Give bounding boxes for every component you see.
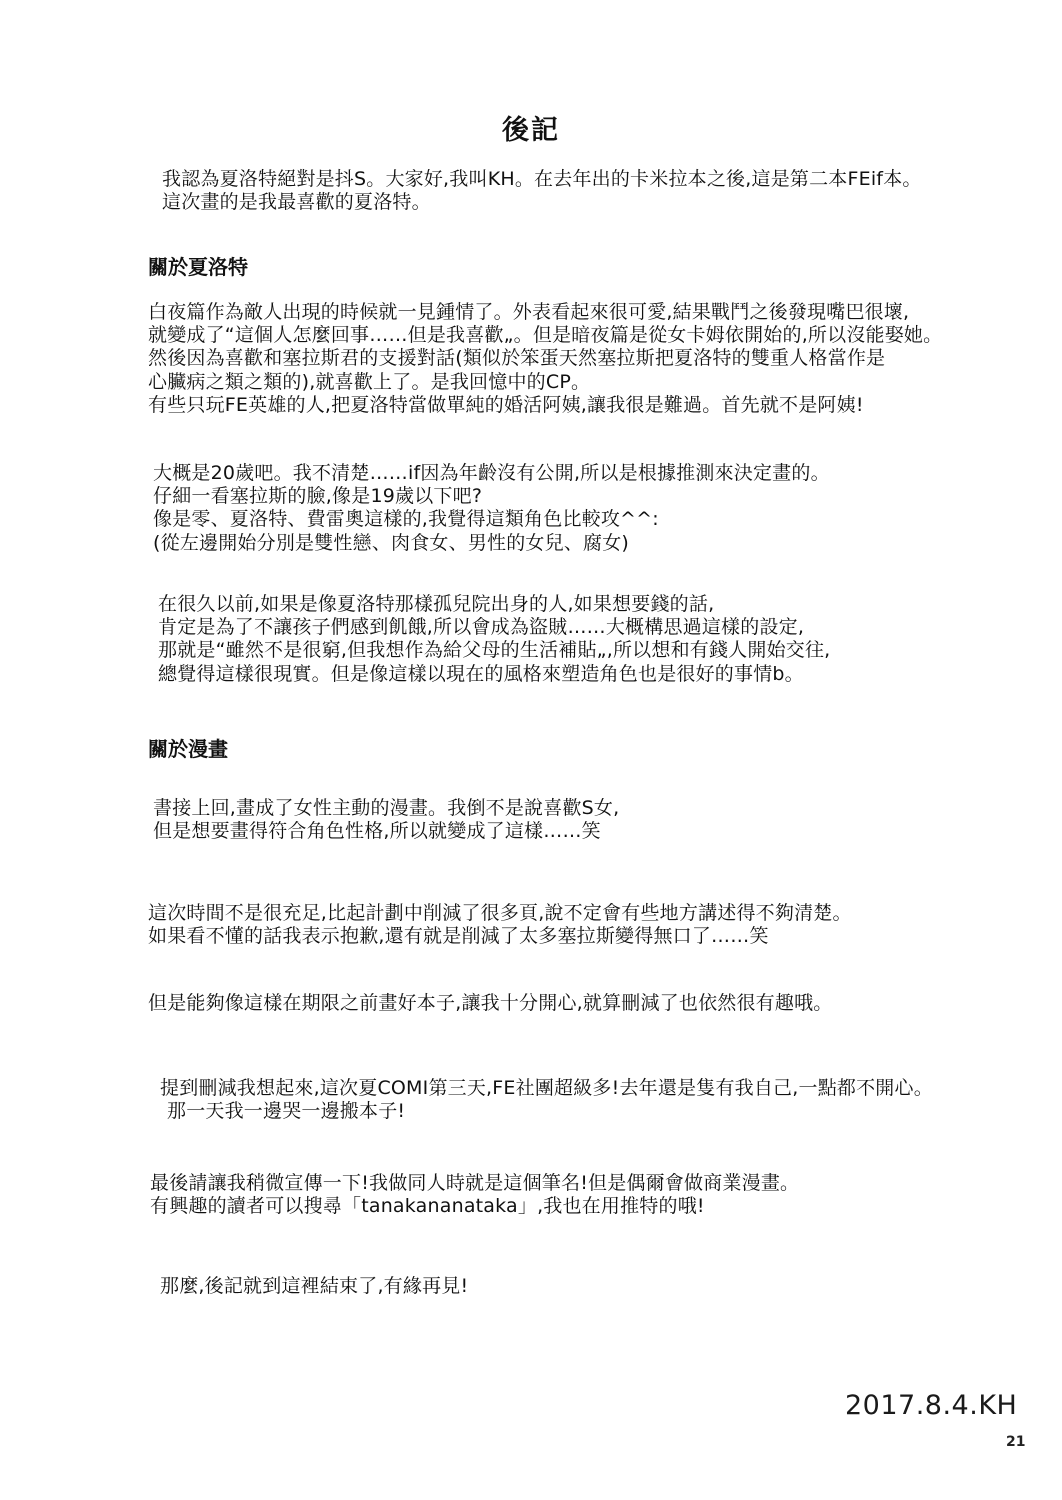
text-line: 但是想要畫得符合角色性格,所以就變成了這樣……笑 [153, 820, 619, 843]
charlotte-paragraph-3: 在很久以前,如果是像夏洛特那樣孤兒院出身的人,如果想要錢的話, 肯定是為了不讓孩… [158, 593, 830, 686]
text-line: 白夜篇作為敵人出現的時候就一見鍾情了。外表看起來很可愛,結果戰鬥之後發現嘴巴很壞… [148, 301, 942, 324]
charlotte-paragraph-2: 大概是20歲吧。我不清楚……if因為年齡沒有公開,所以是根據推測來決定畫的。 仔… [153, 462, 830, 555]
text-line: 書接上回,畫成了女性主動的漫畫。我倒不是說喜歡S女, [153, 797, 619, 820]
text-line: 這次時間不是很充足,比起計劃中削減了很多頁,說不定會有些地方講述得不夠清楚。 [148, 902, 852, 925]
text-line: (從左邊開始分別是雙性戀、肉食女、男性的女兒、腐女) [153, 532, 830, 555]
text-line: 然後因為喜歡和塞拉斯君的支援對話(類似於笨蛋天然塞拉斯把夏洛特的雙重人格當作是 [148, 347, 942, 370]
charlotte-paragraph-1: 白夜篇作為敵人出現的時候就一見鍾情了。外表看起來很可愛,結果戰鬥之後發現嘴巴很壞… [148, 301, 942, 417]
signature-date: 2017.8.4.KH [845, 1390, 1017, 1421]
text-line: 這次畫的是我最喜歡的夏洛特。 [162, 191, 922, 214]
text-line: 肯定是為了不讓孩子們感到飢餓,所以會成為盜賊……大概構思過這樣的設定, [158, 616, 830, 639]
text-line: 有興趣的讀者可以搜尋「tanakananataka」,我也在用推特的哦! [150, 1195, 799, 1218]
text-line: 我認為夏洛特絕對是抖S。大家好,我叫KH。在去年出的卡米拉本之後,這是第二本FE… [162, 168, 922, 191]
section-heading-about-charlotte: 關於夏洛特 [148, 256, 248, 279]
manga-paragraph-1: 書接上回,畫成了女性主動的漫畫。我倒不是說喜歡S女, 但是想要畫得符合角色性格,… [153, 797, 619, 843]
text-line: 提到刪減我想起來,這次夏COMI第三天,FE社團超級多!去年還是隻有我自己,一點… [160, 1077, 933, 1100]
intro-paragraph: 我認為夏洛特絕對是抖S。大家好,我叫KH。在去年出的卡米拉本之後,這是第二本FE… [162, 168, 922, 214]
text-line: 最後請讓我稍微宣傳一下!我做同人時就是這個筆名!但是偶爾會做商業漫畫。 [150, 1172, 799, 1195]
manga-paragraph-2: 這次時間不是很充足,比起計劃中削減了很多頁,說不定會有些地方講述得不夠清楚。 如… [148, 902, 852, 948]
manga-paragraph-3: 但是能夠像這樣在期限之前畫好本子,讓我十分開心,就算刪減了也依然很有趣哦。 [148, 992, 832, 1015]
manga-paragraph-5: 最後請讓我稍微宣傳一下!我做同人時就是這個筆名!但是偶爾會做商業漫畫。 有興趣的… [150, 1172, 799, 1218]
text-line: 心臟病之類之類的),就喜歡上了。是我回憶中的CP。 [148, 371, 942, 394]
text-line: 仔細一看塞拉斯的臉,像是19歲以下吧? [153, 485, 830, 508]
section-heading-about-manga: 關於漫畫 [148, 738, 228, 761]
text-line: 就變成了“這個人怎麼回事……但是我喜歡„。但是暗夜篇是從女卡姆依開始的,所以沒能… [148, 324, 942, 347]
text-line: 那麼,後記就到這裡結束了,有緣再見! [160, 1275, 468, 1298]
page-title: 後記 [0, 108, 1062, 147]
text-line: 那一天我一邊哭一邊搬本子! [160, 1100, 933, 1123]
text-line: 但是能夠像這樣在期限之前畫好本子,讓我十分開心,就算刪減了也依然很有趣哦。 [148, 992, 832, 1015]
manga-paragraph-4: 提到刪減我想起來,這次夏COMI第三天,FE社團超級多!去年還是隻有我自己,一點… [160, 1077, 933, 1123]
text-line: 如果看不懂的話我表示抱歉,還有就是削減了太多塞拉斯變得無口了……笑 [148, 925, 852, 948]
page-number: 21 [1006, 1434, 1025, 1450]
text-line: 總覺得這樣很現實。但是像這樣以現在的風格來塑造角色也是很好的事情b。 [158, 663, 830, 686]
text-line: 像是零、夏洛特、費雷奧這樣的,我覺得這類角色比較攻^^: [153, 508, 830, 531]
text-line: 在很久以前,如果是像夏洛特那樣孤兒院出身的人,如果想要錢的話, [158, 593, 830, 616]
afterword-page: 後記 我認為夏洛特絕對是抖S。大家好,我叫KH。在去年出的卡米拉本之後,這是第二… [0, 0, 1062, 1500]
closing-paragraph: 那麼,後記就到這裡結束了,有緣再見! [160, 1275, 468, 1298]
text-line: 大概是20歲吧。我不清楚……if因為年齡沒有公開,所以是根據推測來決定畫的。 [153, 462, 830, 485]
text-line: 有些只玩FE英雄的人,把夏洛特當做單純的婚活阿姨,讓我很是難過。首先就不是阿姨! [148, 394, 942, 417]
text-line: 那就是“雖然不是很窮,但我想作為給父母的生活補貼„,所以想和有錢人開始交往, [158, 639, 830, 662]
